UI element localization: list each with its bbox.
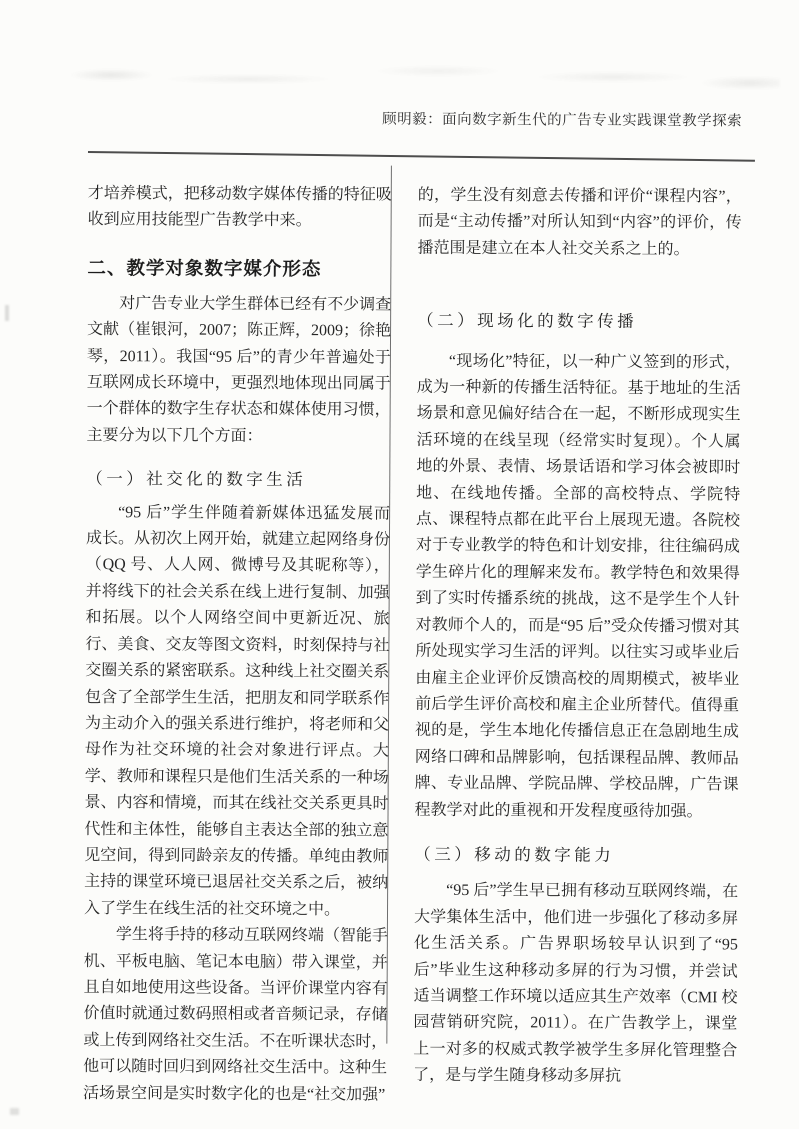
continuation-paragraph: 才培养模式，把移动数字媒体传播的特征吸收到应用技能型广告教学中来。	[88, 181, 392, 235]
running-header-title: 顾明毅：面向数字新生代的广告专业实践课堂教学探索	[300, 107, 742, 130]
header-rule	[88, 151, 755, 162]
section-heading-2: 二、教学对象数字媒介形态	[87, 254, 391, 284]
subsection-1-heading: （一）社交化的数字生活	[86, 466, 390, 494]
subsection-1-paragraph-1: “95 后”学生伴随着新媒体迅猛发展而成长。从初次上网开始，就建立起网络身份（Q…	[84, 500, 390, 924]
scanned-paper-page: 顾明毅：面向数字新生代的广告专业实践课堂教学探索 才培养模式，把移动数字媒体传播…	[0, 0, 799, 1129]
subsection-3-heading: （三）移动的数字能力	[414, 842, 738, 870]
intro-paragraph: 对广告专业大学生群体已经有不少调查文献（崔银河，2007；陈正辉，2009；徐艳…	[86, 291, 391, 451]
left-column: 才培养模式，把移动数字媒体传播的特征吸收到应用技能型广告教学中来。 二、教学对象…	[83, 181, 392, 1109]
continuation-paragraph: 的，学生没有刻意去传播和评价“课程内容”，而是“主动传播”对所认知到“内容”的评…	[417, 183, 741, 264]
subsection-2-paragraph: “现场化”特征，以一种广义签到的形式，成为一种新的传播生活特征。基于地址的生活场…	[414, 348, 740, 825]
subsection-1-paragraph-2: 学生将手持的移动互联网终端（智能手机、平板电脑、笔记本电脑）带入课堂，并且自如地…	[83, 922, 388, 1108]
page-sheet: 顾明毅：面向数字新生代的广告专业实践课堂教学探索 才培养模式，把移动数字媒体传播…	[0, 0, 799, 1129]
subsection-3-paragraph: “95 后”学生早已拥有移动互联网终端，在大学集体生活中，他们进一步强化了移动多…	[413, 878, 738, 1091]
right-column: 的，学生没有刻意去传播和评价“课程内容”，而是“主动传播”对所认知到“内容”的评…	[413, 183, 742, 1091]
subsection-2-heading: （二）现场化的数字传播	[417, 308, 741, 336]
